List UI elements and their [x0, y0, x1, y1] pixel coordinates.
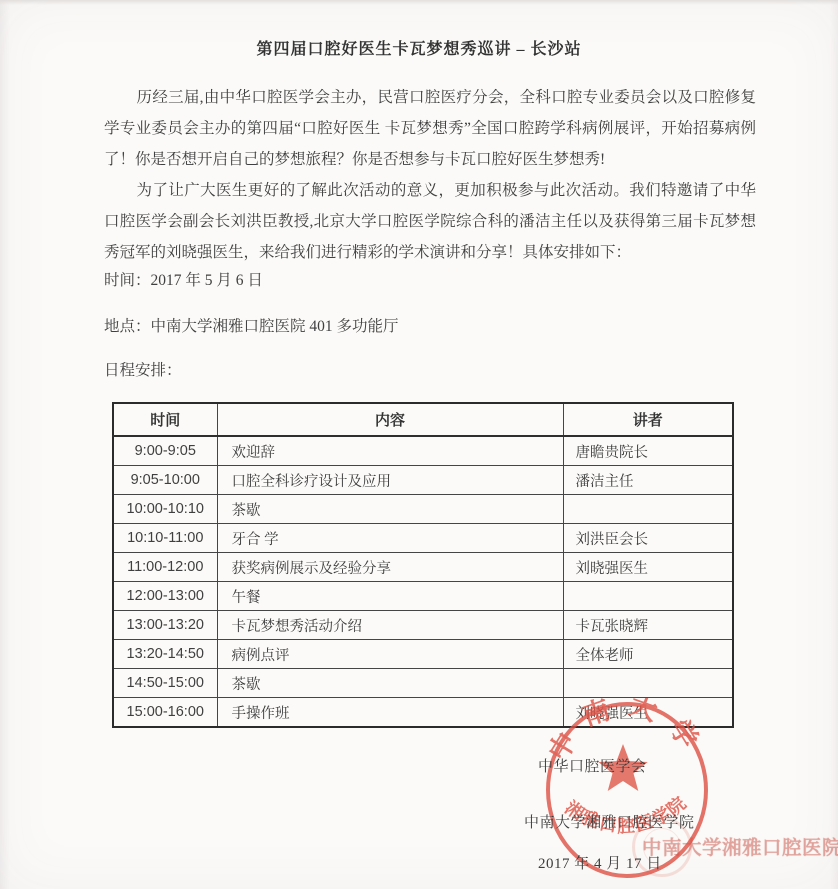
- table-row: 11:00-12:00获奖病例展示及经验分享刘晓强医生: [113, 553, 733, 582]
- agenda-label: 日程安排：: [104, 358, 182, 380]
- row-time: 13:00-13:20: [113, 611, 217, 640]
- row-content: 卡瓦梦想秀活动介绍: [217, 611, 563, 640]
- row-time: 10:10-11:00: [113, 524, 217, 553]
- signature-date: 2017 年 4 月 17 日: [538, 852, 662, 873]
- event-venue-line: 地点：中南大学湘雅口腔医院 401 多功能厅: [104, 314, 399, 336]
- signature-association: 中华口腔医学会: [538, 755, 647, 776]
- header-time: 时间: [113, 403, 217, 436]
- row-content: 牙合 学: [217, 524, 563, 553]
- row-content: 口腔全科诊疗设计及应用: [217, 466, 563, 495]
- table-row: 12:00-13:00午餐: [113, 582, 733, 611]
- row-time: 15:00-16:00: [113, 698, 217, 728]
- row-speaker: [563, 582, 733, 611]
- row-time: 12:00-13:00: [113, 582, 217, 611]
- row-speaker: 全体老师: [563, 640, 733, 669]
- intro-paragraph: 历经三届,由中华口腔医学会主办，民营口腔医疗分会，全科口腔专业委员会以及口腔修复…: [104, 82, 756, 175]
- table-row: 13:20-14:50病例点评全体老师: [113, 640, 733, 669]
- agenda-table-header: 时间 内容 讲者: [113, 403, 733, 436]
- row-content: 获奖病例展示及经验分享: [217, 553, 563, 582]
- row-time: 13:20-14:50: [113, 640, 217, 669]
- table-row: 10:10-11:00牙合 学刘洪臣会长: [113, 524, 733, 553]
- agenda-table-body: 9:00-9:05欢迎辞唐瞻贵院长9:05-10:00口腔全科诊疗设计及应用潘洁…: [113, 436, 733, 727]
- invitation-paragraph: 为了让广大医生更好的了解此次活动的意义，更加积极参与此次活动。我们特邀请了中华口…: [104, 175, 756, 268]
- row-speaker: 潘洁主任: [563, 466, 733, 495]
- row-speaker: 卡瓦张晓辉: [563, 611, 733, 640]
- table-row: 14:50-15:00茶歇: [113, 669, 733, 698]
- row-speaker: 唐瞻贵院长: [563, 436, 733, 466]
- agenda-table: 时间 内容 讲者 9:00-9:05欢迎辞唐瞻贵院长9:05-10:00口腔全科…: [112, 402, 734, 728]
- row-speaker: 刘洪臣会长: [563, 524, 733, 553]
- header-speaker: 讲者: [563, 403, 733, 436]
- table-row: 13:00-13:20卡瓦梦想秀活动介绍卡瓦张晓辉: [113, 611, 733, 640]
- row-speaker: [563, 669, 733, 698]
- row-content: 茶歇: [217, 669, 563, 698]
- table-row: 10:00-10:10茶歇: [113, 495, 733, 524]
- document-title: 第四届口腔好医生卡瓦梦想秀巡讲 – 长沙站: [0, 36, 838, 59]
- row-content: 茶歇: [217, 495, 563, 524]
- row-content: 手操作班: [217, 698, 563, 728]
- row-time: 14:50-15:00: [113, 669, 217, 698]
- event-time-line: 时间：2017 年 5 月 6 日: [104, 268, 263, 290]
- row-time: 10:00-10:10: [113, 495, 217, 524]
- header-content: 内容: [217, 403, 563, 436]
- scanned-document-page: 第四届口腔好医生卡瓦梦想秀巡讲 – 长沙站 历经三届,由中华口腔医学会主办，民营…: [0, 0, 838, 889]
- row-speaker: [563, 495, 733, 524]
- row-time: 11:00-12:00: [113, 553, 217, 582]
- row-time: 9:05-10:00: [113, 466, 217, 495]
- row-content: 午餐: [217, 582, 563, 611]
- table-row: 9:00-9:05欢迎辞唐瞻贵院长: [113, 436, 733, 466]
- row-time: 9:00-9:05: [113, 436, 217, 466]
- table-row: 9:05-10:00口腔全科诊疗设计及应用潘洁主任: [113, 466, 733, 495]
- row-speaker: 刘晓强医生: [563, 553, 733, 582]
- row-content: 病例点评: [217, 640, 563, 669]
- signature-school: 中南大学湘雅口腔医学院: [524, 811, 695, 832]
- row-content: 欢迎辞: [217, 436, 563, 466]
